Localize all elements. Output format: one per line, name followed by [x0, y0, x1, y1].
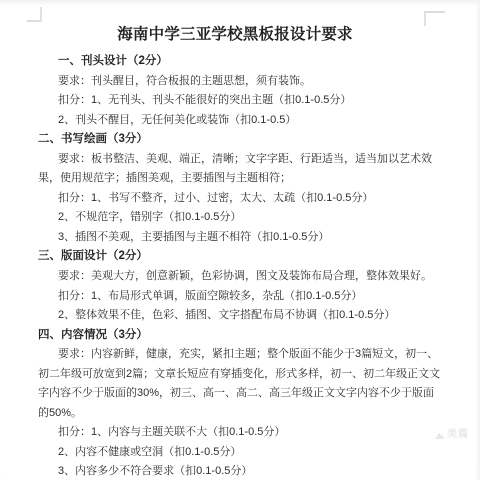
- section-3-requirement: 要求：美观大方，创意新颖，色彩协调，图文及装饰布局合理，整体效果好。: [38, 267, 441, 287]
- section-1-requirement: 要求：刊头醒目，符合板报的主题思想，须有装饰。: [38, 72, 441, 92]
- section-3-deduction-1: 扣分：1、布局形式单调，版面空隙较多，杂乱（扣0.1-0.5分）: [38, 287, 441, 307]
- section-3-heading: 三、版面设计（2分）: [38, 247, 441, 267]
- corner-mark-top-left-icon: [27, 7, 42, 22]
- meipian-watermark: 美篇: [434, 425, 469, 440]
- meipian-logo-icon: [434, 428, 444, 438]
- section-1-heading: 一、刊头设计（2分）: [38, 52, 441, 72]
- section-2-heading: 二、书写绘画（3分）: [38, 130, 441, 150]
- page-title: 海南中学三亚学校黑板报设计要求: [30, 22, 440, 44]
- section-1-deduction-1: 扣分：1、无刊头、刊头不能很好的突出主题（扣0.1-0.5分）: [38, 91, 441, 111]
- section-1-deduction-2: 2、刊头不醒目，无任何美化或装饰（扣0.1-0.5）: [38, 111, 441, 131]
- section-4-deduction-2: 2、内容不健康或空洞（扣0.1-0.5分）: [38, 443, 441, 463]
- section-4-heading: 四、内容情况（3分）: [38, 326, 441, 346]
- section-4-requirement: 要求：内容新鲜，健康，充实，紧扣主题；整个版面不能少于3篇短文，初一、初二年级可…: [38, 345, 441, 423]
- section-2-requirement: 要求：板书整洁、美观、端正，清晰；文字字距、行距适当，适当加以艺术效果，使用规范…: [38, 150, 441, 189]
- section-3-deduction-2: 2、整体效果不佳，色彩、插图、文字搭配布局不协调（扣0.1-0.5分）: [38, 306, 441, 326]
- section-4-deduction-1: 扣分：1、内容与主题关联不大（扣0.1-0.5分）: [38, 423, 441, 443]
- document-body: 一、刊头设计（2分） 要求：刊头醒目，符合板报的主题思想，须有装饰。 扣分：1、…: [38, 52, 441, 480]
- section-2-deduction-1: 扣分：1、书写不整齐，过小、过密，太大、太疏（扣0.1-0.5分）: [38, 189, 441, 209]
- section-2-deduction-2: 2、不规范字，错别字（扣0.1-0.5分）: [38, 208, 441, 228]
- section-2-deduction-3: 3、插图不美观，主要插图与主题不相符（扣0.1-0.5分）: [38, 228, 441, 248]
- section-4-deduction-3: 3、内容多少不符合要求（扣0.1-0.5分）: [38, 462, 441, 480]
- watermark-label: 美篇: [447, 425, 469, 440]
- document-photo: 海南中学三亚学校黑板报设计要求 一、刊头设计（2分） 要求：刊头醒目，符合板报的…: [0, 0, 480, 480]
